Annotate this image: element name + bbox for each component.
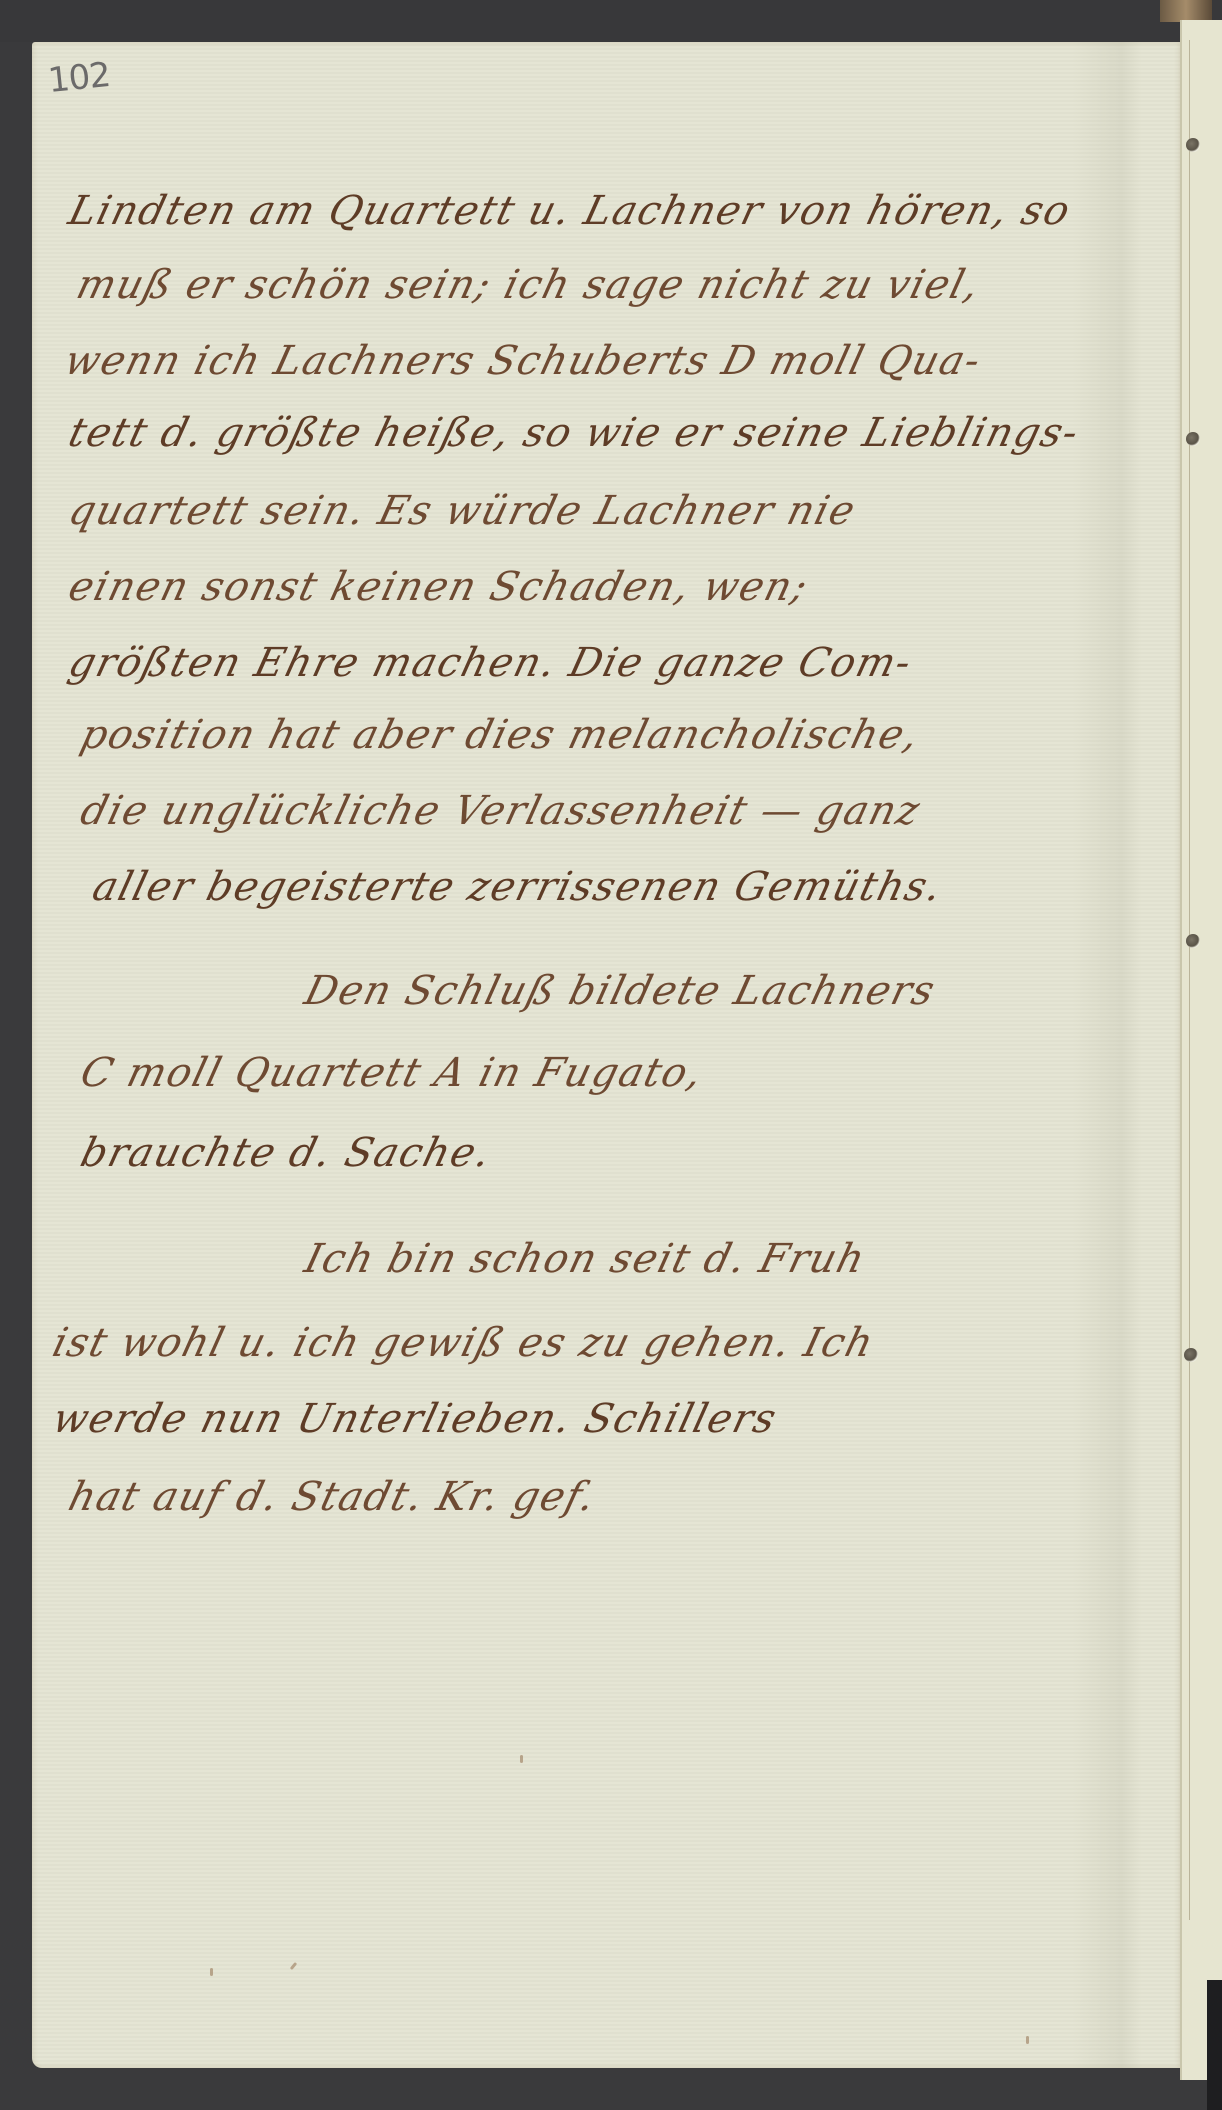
manuscript-line: Ich bin schon seit d. Fruh (300, 1236, 871, 1282)
sewing-hole-icon (1186, 138, 1200, 152)
paper-speck (1026, 2036, 1029, 2044)
manuscript-line: brauchte d. Sache. (76, 1130, 496, 1176)
scanner-background (0, 0, 1222, 42)
paper-speck (210, 1968, 213, 1976)
manuscript-line: tett d. größte heiße, so wie er seine Li… (64, 410, 1084, 456)
manuscript-line: quartett sein. Es würde Lachner nie (64, 488, 861, 534)
folio-number: 102 (46, 55, 112, 101)
gutter-fold-line (1189, 40, 1190, 1920)
manuscript-line: aller begeisterte zerrissenen Gemüths. (88, 864, 947, 910)
manuscript-line: Den Schluß bildete Lachners (300, 968, 940, 1014)
manuscript-line: C moll Quartett A in Fugato, (76, 1050, 708, 1096)
adjacent-leaf-edge (1180, 20, 1222, 2080)
sewing-hole-icon (1186, 432, 1200, 446)
paper-speck (520, 1755, 523, 1763)
manuscript-line: werde nun Unterlieben. Schillers (48, 1396, 782, 1442)
manuscript-line: ist wohl u. ich gewiß es zu gehen. Ich (48, 1320, 879, 1366)
binding-thread (1160, 0, 1212, 22)
manuscript-line: muß er schön sein; ich sage nicht zu vie… (72, 262, 985, 308)
manuscript-line: hat auf d. Stadt. Kr. gef. (64, 1474, 601, 1520)
binding-shadow (1207, 1980, 1222, 2110)
manuscript-line: größten Ehre machen. Die ganze Com- (64, 640, 917, 686)
manuscript-line: position hat aber dies melancholische, (76, 712, 925, 758)
manuscript-line: Lindten am Quartett u. Lachner von hören… (64, 188, 1076, 234)
sewing-hole-icon (1186, 934, 1200, 948)
manuscript-line: die unglückliche Verlassenheit — ganz (76, 788, 925, 834)
manuscript-line: wenn ich Lachners Schuberts D moll Qua- (60, 338, 986, 384)
manuscript-line: einen sonst keinen Schaden, wen; (64, 564, 813, 610)
sewing-hole-icon (1184, 1348, 1198, 1362)
